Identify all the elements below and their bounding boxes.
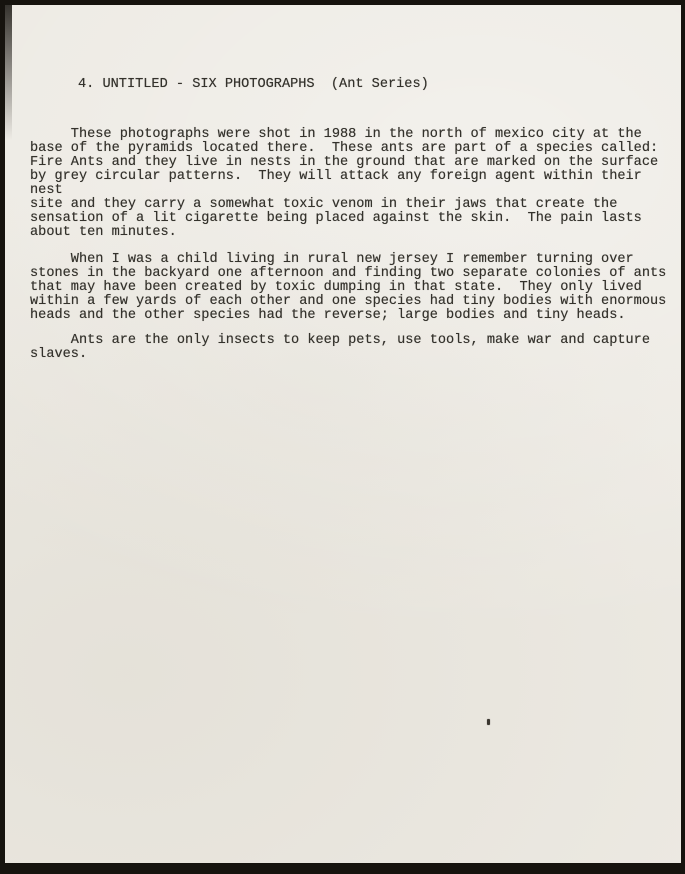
paragraph-new-jersey: When I was a child living in rural new j… (30, 253, 675, 323)
paragraph-fire-ants: These photographs were shot in 1988 in t… (30, 128, 675, 240)
typewritten-text-area: 4. UNTITLED - SIX PHOTOGRAPHS (Ant Serie… (30, 5, 675, 362)
scanned-page-backdrop: 4. UNTITLED - SIX PHOTOGRAPHS (Ant Serie… (0, 0, 685, 874)
ink-speck (487, 719, 490, 725)
paragraph-ant-facts: Ants are the only insects to keep pets, … (30, 334, 675, 362)
paper-sheet: 4. UNTITLED - SIX PHOTOGRAPHS (Ant Serie… (5, 5, 681, 863)
page-title: 4. UNTITLED - SIX PHOTOGRAPHS (Ant Serie… (78, 78, 675, 92)
